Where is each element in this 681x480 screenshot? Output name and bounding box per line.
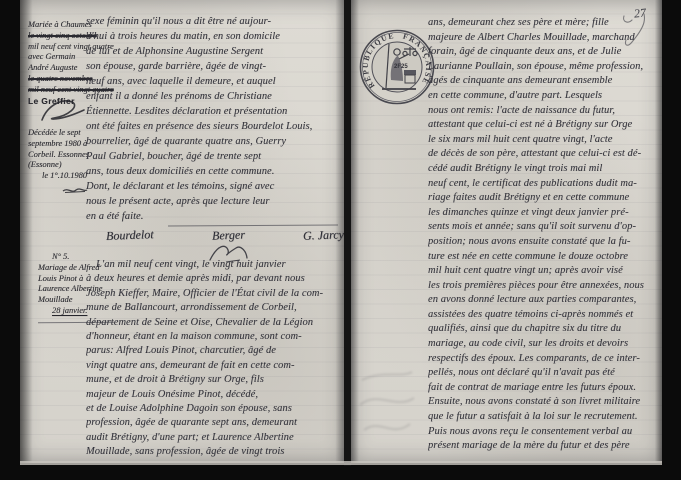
handwritten-line: ont été faites en présence des sieurs Bo…: [86, 119, 342, 134]
handwritten-line: nous ont remis: l'acte de naissance du f…: [428, 104, 656, 119]
handwritten-line: Mouillade, sans profession, âgée de ving…: [86, 445, 342, 459]
page-gutter: [344, 0, 351, 466]
handwritten-line: position; nous avons ensuite constaté qu…: [428, 235, 656, 250]
handwritten-line: mil huit cent quatre vingt un; après avo…: [428, 264, 656, 279]
handwritten-line: cédé audit Brétigny le vingt trois mai m…: [428, 162, 656, 177]
handwritten-line: majeure de Albert Charles Mouillade, mar…: [428, 31, 656, 46]
handwritten-line: d'honneur, étant en la maison commune, s…: [86, 330, 342, 344]
handwritten-line: qualifiés, ainsi que du chapitre six du …: [428, 322, 656, 337]
left-page: Mariée à Chaumesle vingt cinq octobremil…: [20, 0, 346, 463]
handwritten-line: L'an mil neuf cent vingt, le vingt huit …: [86, 258, 342, 272]
signature-jarcy: G. Jarcy: [303, 227, 344, 243]
handwritten-line: en avons donné lecture aux parties compa…: [428, 293, 656, 308]
signatures-row: Bourdelot Berger G. Jarcy: [106, 228, 344, 243]
handwritten-line: Laurianne Poullain, son épouse, même pro…: [428, 60, 656, 75]
greffier-signature-paraph-icon: [38, 96, 90, 126]
handwritten-line: Joseph Kieffer, Maire, Officier de l'Éta…: [86, 287, 342, 301]
handwritten-line: mune, et de droit à Brétigny sur Orge, f…: [86, 373, 342, 387]
handwritten-line: fait de contrat de mariage entre les fut…: [428, 381, 656, 396]
stamp-value: 2F25: [394, 64, 408, 70]
handwritten-line: bourrelier, âgé de quarante quatre ans, …: [86, 134, 342, 149]
handwritten-line: nous le présent acte, après que lecture …: [86, 194, 342, 209]
handwritten-line: ture est née en cette commune le douze o…: [428, 250, 656, 265]
handwritten-line: assistées des quatre témoins ci-après no…: [428, 308, 656, 323]
handwritten-line: ans, tous deux domiciliés en cette commu…: [86, 164, 342, 179]
death-mention-paraph-icon: [62, 186, 88, 196]
handwritten-line: Étiennette. Lesdites déclaration et prés…: [86, 104, 342, 119]
handwritten-line: mune de Ballancourt, arrondissement de C…: [86, 301, 342, 315]
handwritten-line: parus: Alfred Louis Pinot, charcutier, â…: [86, 344, 342, 358]
marriage-act-continuation-text: ans, demeurant chez ses père et mère; fi…: [428, 16, 656, 456]
handwritten-line: enfant il a donné les prénoms de Christi…: [86, 89, 342, 104]
handwritten-line: en cette commune, d'autre part. Lesquels: [428, 89, 656, 104]
handwritten-line: département de Seine et Oise, Chevalier …: [86, 316, 342, 330]
handwritten-line: Ensuite, nous avons constaté à son livre…: [428, 395, 656, 410]
handwritten-line: Paul Gabriel, boucher, âgé de trente sep…: [86, 149, 342, 164]
handwritten-line: les trois premières pièces pour être ann…: [428, 279, 656, 294]
handwritten-line: Puis nous avons reçu le consentement ver…: [428, 425, 656, 440]
handwritten-line: pellés, nous ont déclaré qu'il n'avait p…: [428, 366, 656, 381]
handwritten-line: attestant que celui-ci est né à Brétigny…: [428, 118, 656, 133]
marriage-act-text: L'an mil neuf cent vingt, le vingt huit …: [86, 258, 342, 462]
register-scan: Mariée à Chaumesle vingt cinq octobremil…: [0, 0, 681, 480]
handwritten-line: neuf ans, avec laquelle il demeure, et a…: [86, 74, 342, 89]
handwritten-line: que le futur a satisfait à la loi sur le…: [428, 410, 656, 425]
handwritten-line: sexe féminin qu'il nous a dit être né au…: [86, 14, 342, 29]
handwritten-line: profession, âgée de quarante sept ans, d…: [86, 416, 342, 430]
handwritten-line: neuf cent, le certificat des publication…: [428, 177, 656, 192]
handwritten-line: les dimanches quinze et vingt deux janvi…: [428, 206, 656, 221]
handwritten-line: de décès de son père, attestant que celu…: [428, 147, 656, 162]
handwritten-line: audit Brétigny, d'une part; et Laurence …: [86, 431, 342, 445]
handwritten-line: Dont, le déclarant et les témoins, signé…: [86, 179, 342, 194]
handwritten-line: et de Louise Adolphine Dagoin son épouse…: [86, 402, 342, 416]
paper-bottom-edge: [20, 461, 662, 465]
handwritten-line: vingt quatre ans, demeurant de fait en c…: [86, 359, 342, 373]
birth-act-text: sexe féminin qu'il nous a dit être né au…: [86, 14, 342, 228]
handwritten-line: ans, demeurant chez ses père et mère; fi…: [428, 16, 656, 31]
handwritten-line: mariage, au code civil, sur les droits e…: [428, 337, 656, 352]
handwritten-line: sents mois et année; sans qu'il soit sur…: [428, 220, 656, 235]
handwritten-line: respectifs des époux. Les comparants, de…: [428, 352, 656, 367]
handwritten-line: de lui et de Alphonsine Augustine Sergen…: [86, 44, 342, 59]
handwritten-line: son épouse, garde barrière, âgée de ving…: [86, 59, 342, 74]
signature-bourdelot: Bourdelot: [106, 227, 154, 244]
handwritten-line: riage faites audit Brétigny et en cette …: [428, 191, 656, 206]
handwritten-line: d'hui à trois heures du matin, en son do…: [86, 29, 342, 44]
stamp-seal-icon: RÉPUBLIQUE FRANÇAISE: [358, 28, 436, 106]
handwritten-line: en a été faite.: [86, 209, 342, 224]
handwritten-line: présent mariage de la mère du futur et d…: [428, 439, 656, 454]
handwritten-line: majeur de Louis Onésime Pinot, décédé,: [86, 388, 342, 402]
ink-bleed-ghost-icon: [352, 360, 422, 450]
handwritten-line: à deux heures et demie après midi, par d…: [86, 272, 342, 286]
handwritten-line: le six mars mil huit cent quatre vingt, …: [428, 133, 656, 148]
handwritten-line: âgés de cinquante ans demeurant ensemble: [428, 74, 656, 89]
republique-francaise-stamp: RÉPUBLIQUE FRANÇAISE: [358, 28, 436, 106]
handwritten-line: forain, âgé de cinquante deux ans, et de…: [428, 45, 656, 60]
